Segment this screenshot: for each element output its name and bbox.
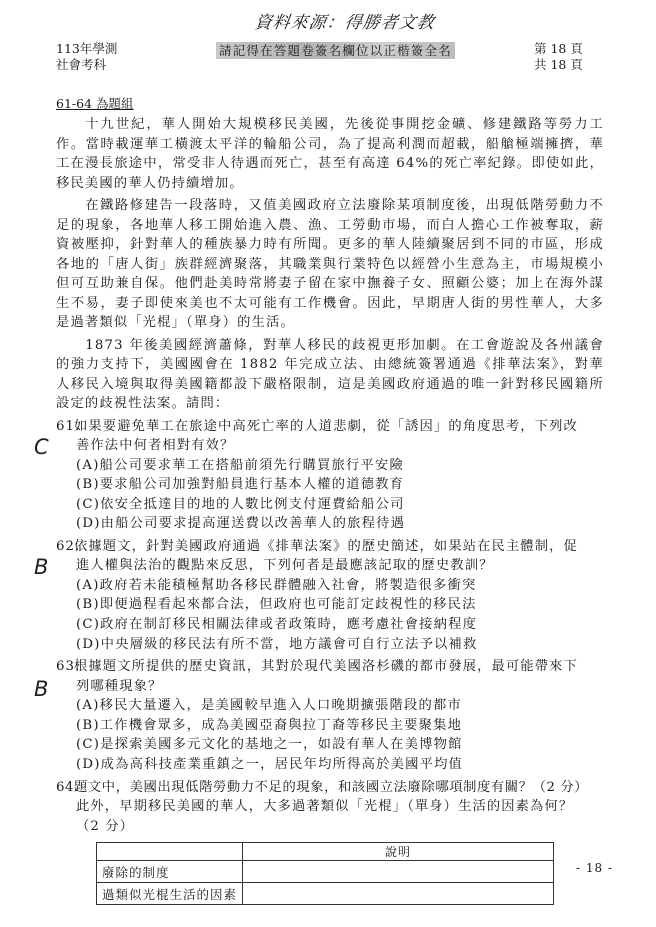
handwritten-answer: B [34,677,48,701]
question-text: 列哪種現象？ [56,677,604,697]
question-text: 善作法中何者相對有效？ [56,436,604,456]
option-a: (A)移民大量遷入，是美國較早進入人口晚期擴張階段的都市 [56,696,604,716]
option-b: (B)即便過程看起來都合法，但政府也可能訂定歧視性的移民法 [56,595,604,615]
question-number: 63. [56,657,74,677]
question-text: 根據題文所提供的歷史資訊，其對於現代美國洛杉磯的都市發展，最可能帶來下 [74,659,578,674]
exam-year: 113年學測 [56,41,117,57]
question-score: （2 分） [56,817,604,837]
option-c: (C)是探索美國多元文化的基地之一，如設有華人在美博物館 [56,735,604,755]
option-c: (C)政府在制訂移民相關法律或者政策時，應考慮社會接納程度 [56,615,604,635]
question-text: 此外，早期移民美國的華人，大多過著類似「光棍」（單身）生活的因素為何？ [56,797,604,817]
table-row: 過類似光棍生活的因素 [97,883,554,905]
answer-table: 說明 廢除的制度 過類似光棍生活的因素 [96,842,554,905]
question-text: 依據題文，針對美國政府通過《排華法案》的歷史簡述，如果站在民主體制，促 [74,539,578,554]
option-d: (D)成為高科技產業重鎮之一，居民年均所得高於美國平均值 [56,755,604,775]
question-61: 61.如果要避免華工在旅途中高死亡率的人道悲劇，從「誘因」的角度思考，下列改 善… [56,417,604,534]
page-total: 共 18 頁 [534,57,583,73]
question-number: 64. [56,778,74,798]
table-header-row: 說明 [97,843,554,861]
question-64: 64.題文中，美國出現低階勞動力不足的現象，和該國立法廢除哪項制度有關？（2 分… [56,778,604,906]
page-number: - 18 - [576,861,613,875]
question-number: 61. [56,417,74,437]
source-note: 資料來源：得勝者文教 [238,8,452,33]
question-63: 63.根據題文所提供的歷史資訊，其對於現代美國洛杉磯的都市發展，最可能帶來下 列… [56,657,604,774]
option-c: (C)依安全抵達目的地的人數比例支付運費給船公司 [56,495,604,515]
table-row: 廢除的制度 [97,861,554,883]
question-text: 題文中，美國出現低階勞動力不足的現象，和該國立法廢除哪項制度有關？（2 分） [74,780,588,795]
answer-cell[interactable] [243,883,554,905]
answer-cell[interactable] [243,861,554,883]
question-62: 62.依據題文，針對美國政府通過《排華法案》的歷史簡述，如果站在民主體制，促 進… [56,537,604,654]
question-text: 如果要避免華工在旅途中高死亡率的人道悲劇，從「誘因」的角度思考，下列改 [74,419,578,434]
signature-notice: 請記得在答題卷簽名欄位以正楷簽全名 [216,42,455,59]
exam-content: 61-64 為題組 十九世紀，華人開始大規模移民美國，先後從事開挖金礦、修建鐵路… [56,95,604,905]
passage-paragraph: 十九世紀，華人開始大規模移民美國，先後從事開挖金礦、修建鐵路等勞力工作。當時載運… [56,115,604,193]
table-header-cell [97,843,243,861]
page-current: 第 18 頁 [534,41,583,57]
subject: 社會考科 [56,57,117,73]
option-d: (D)由船公司要求提高運送費以改善華人的旅程待遇 [56,514,604,534]
question-number: 62. [56,537,74,557]
passage-paragraph: 在鐵路修建告一段落時，又值美國政府立法廢除某項制度後，出現低階勞動力不足的現象，… [56,196,604,333]
row-label: 廢除的制度 [97,861,243,883]
handwritten-answer: C [34,435,49,459]
group-title: 61-64 為題組 [56,95,604,113]
row-label: 過類似光棍生活的因素 [97,883,243,905]
option-b: (B)工作機會眾多，成為美國亞裔與拉丁裔等移民主要聚集地 [56,716,604,736]
option-d: (D)中央層級的移民法有所不當，地方議會可自行立法予以補救 [56,635,604,655]
table-header-cell: 說明 [243,843,554,861]
question-text: 進人權與法治的觀點來反思，下列何者是最應該記取的歷史教訓？ [56,556,604,576]
option-b: (B)要求船公司加強對船員進行基本人權的道德教育 [56,475,604,495]
option-a: (A)船公司要求華工在搭船前須先行購買旅行平安險 [56,456,604,476]
handwritten-answer: B [34,555,48,579]
exam-info: 113年學測 社會考科 [56,41,117,73]
page-info: 第 18 頁 共 18 頁 [534,41,583,73]
option-a: (A)政府若未能積極幫助各移民群體融入社會，將製造很多衝突 [56,576,604,596]
passage-paragraph: 1873 年後美國經濟蕭條，對華人移民的歧視更形加劇。在工會遊說及各州議會的強力… [56,336,604,414]
